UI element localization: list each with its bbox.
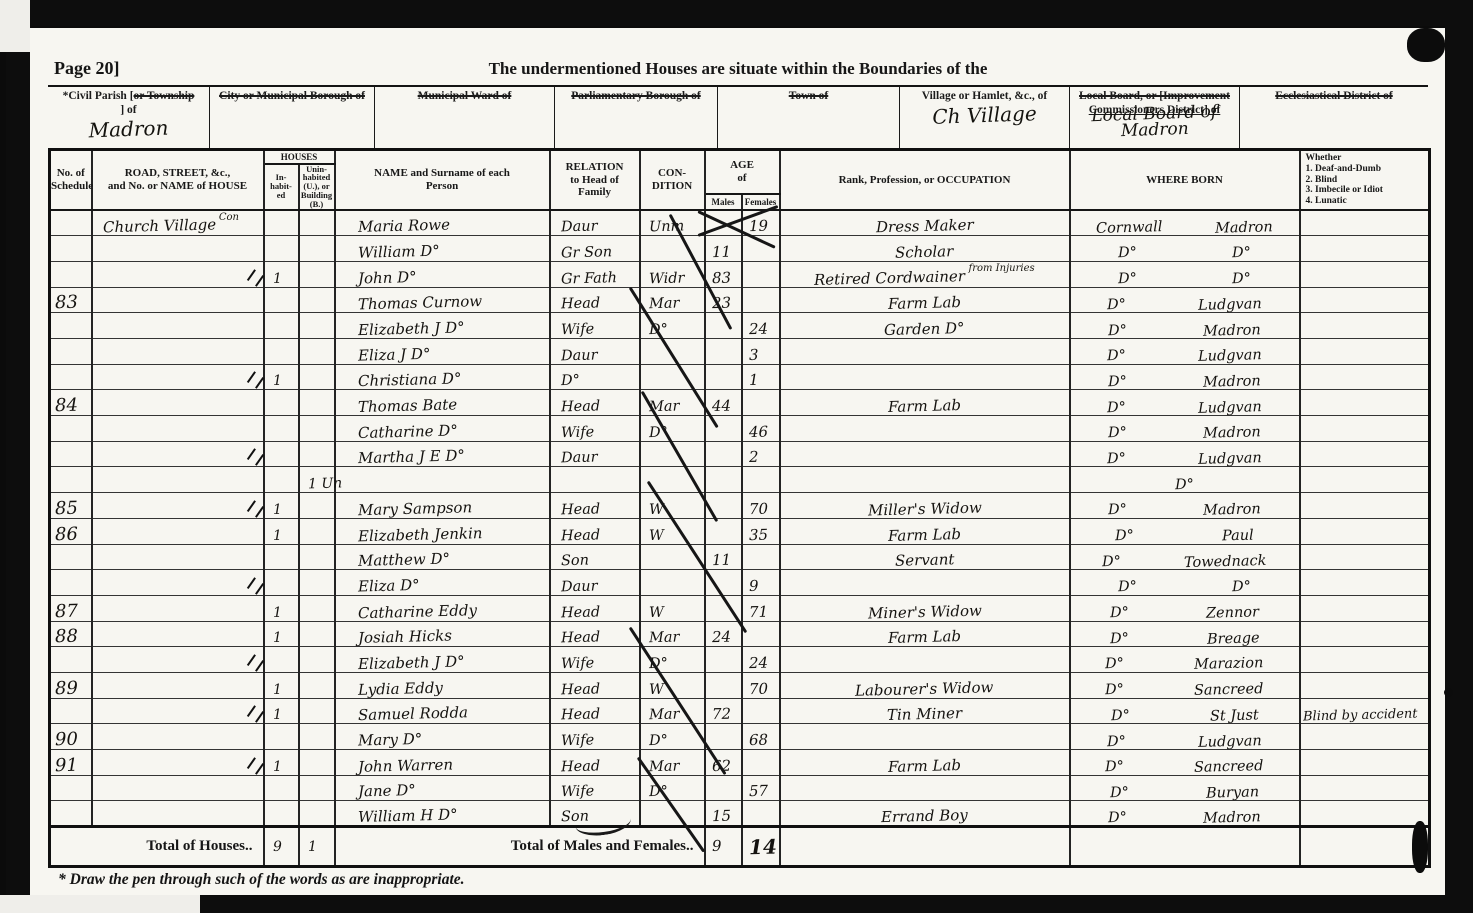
total-females: 14: [742, 834, 776, 859]
road-cell: [92, 287, 264, 313]
occupation: Farm Lab: [888, 527, 961, 544]
condition: W: [640, 528, 663, 543]
condition: Mar: [640, 708, 679, 724]
boundary-label: Town of: [718, 87, 899, 104]
name-cell: Mary D°: [335, 724, 550, 750]
schedule-cell: [50, 544, 92, 570]
disability-cell: [1300, 261, 1430, 287]
census-row: Martha J E D°Daur2D°Ludgvan: [50, 441, 1430, 467]
census-row: Eliza D°Daur9D°D°: [50, 570, 1430, 596]
inhabited-cell: 1: [264, 261, 299, 287]
household-tick-mark: [246, 706, 263, 724]
born-cell: D°Sancreed: [1070, 672, 1300, 698]
road-cell: [92, 390, 264, 416]
occupation: Tin Miner: [887, 706, 962, 723]
occupation-cell: [780, 441, 1070, 467]
col-header-inhabited: In- habit- ed: [264, 164, 299, 211]
relation: Head: [550, 631, 600, 647]
relation-cell: Head: [550, 698, 640, 724]
age-female-cell: 3: [742, 339, 780, 365]
born-parish: D°: [1232, 580, 1251, 595]
census-row: William H D°Son15Errand BoyD°Madron: [50, 801, 1430, 827]
occupation-cell: Farm Lab: [780, 287, 1070, 313]
schedule-number: 88: [51, 628, 78, 647]
inhabited-mark: 1: [264, 682, 281, 696]
relation: Head: [550, 502, 600, 518]
inhabited-cell: [264, 441, 299, 467]
age-female-cell: [742, 287, 780, 313]
born-wrap: D°D°: [1071, 580, 1299, 595]
name-cell: Matthew D°: [335, 544, 550, 570]
relation: D°: [550, 374, 579, 389]
born-parish: D°: [1232, 246, 1251, 261]
boundary-field-civil-parish: *Civil Parish [or Township] ofMadron: [48, 87, 210, 149]
uninhabited-cell: [299, 364, 335, 390]
total-males: 9: [705, 837, 721, 855]
uninhabited-cell: [299, 313, 335, 339]
born-cell: D°Paul: [1070, 518, 1300, 544]
born-wrap: D°Madron: [1071, 503, 1299, 518]
born-county: D°: [1175, 477, 1194, 492]
age-male: 83: [705, 270, 730, 286]
person-name: Eliza D°: [335, 578, 419, 595]
relation: Daur: [550, 451, 597, 467]
name-cell: Catharine Eddy: [335, 595, 550, 621]
age-female: 70: [742, 502, 767, 518]
census-row: 911John WarrenHeadMar62Farm LabD°Sancree…: [50, 750, 1430, 776]
road-cell: Church Village Con: [92, 210, 264, 236]
uninhabited-cell: 1 Un: [299, 467, 335, 493]
boundary-field-parliamentary-borough: Parliamentary Borough of: [555, 87, 718, 149]
born-wrap: D°Madron: [1071, 811, 1299, 826]
person-name: Thomas Bate: [335, 398, 457, 416]
age-male-cell: [705, 467, 742, 493]
person-name: Martha J E D°: [335, 449, 464, 467]
age-male: 72: [705, 707, 730, 723]
disability-cell: [1300, 390, 1430, 416]
relation-cell: Head: [550, 390, 640, 416]
condition: Widr: [640, 271, 684, 287]
born-wrap: D°Ludgvan: [1071, 735, 1299, 750]
born-county: D°: [1115, 529, 1134, 544]
relation-cell: Daur: [550, 339, 640, 365]
census-row: 1John D°Gr FathWidr83Retired Cordwainer …: [50, 261, 1430, 287]
person-name: Mary Sampson: [335, 500, 472, 519]
occupation-cell: Dress Maker: [780, 210, 1070, 236]
scan-edge-left: [6, 16, 31, 896]
uninhabited-cell: [299, 518, 335, 544]
condition-cell: D°: [640, 416, 705, 442]
scan-corner-patch: [0, 0, 30, 52]
inhabited-mark: 1: [264, 271, 281, 285]
inhabited-cell: 1: [264, 493, 299, 519]
born-cell: D°Ludgvan: [1070, 724, 1300, 750]
born-parish: Madron: [1203, 323, 1261, 339]
schedule-cell: 88: [50, 621, 92, 647]
disability-cell: [1300, 441, 1430, 467]
inhabited-cell: [264, 467, 299, 493]
born-wrap: CornwallMadron: [1071, 221, 1299, 236]
relation: Daur: [550, 579, 597, 595]
schedule-cell: 86: [50, 518, 92, 544]
uninhabited-cell: [299, 775, 335, 801]
condition-cell: D°: [640, 775, 705, 801]
uninhabited-cell: [299, 210, 335, 236]
occupation: Dress Maker: [875, 218, 973, 236]
relation-cell: Daur: [550, 210, 640, 236]
born-county: D°: [1105, 683, 1124, 698]
inhabited-cell: [264, 339, 299, 365]
born-county: D°: [1107, 298, 1126, 313]
relation: Head: [550, 759, 600, 775]
relation: Head: [550, 297, 600, 313]
col-header-relation: RELATION to Head of Family: [550, 150, 640, 211]
name-cell: Maria Rowe: [335, 210, 550, 236]
person-name: Mary D°: [335, 732, 422, 749]
name-cell: Thomas Curnow: [335, 287, 550, 313]
born-county: D°: [1108, 503, 1127, 518]
relation-cell: Head: [550, 621, 640, 647]
relation-cell: [550, 467, 640, 493]
born-wrap: D°Madron: [1071, 324, 1299, 339]
schedule-cell: [50, 467, 92, 493]
occupation-cell: [780, 416, 1070, 442]
age-female-cell: 1: [742, 364, 780, 390]
born-wrap: D°Zennor: [1071, 606, 1299, 621]
census-row: 871Catharine EddyHeadW71Miner's WidowD°Z…: [50, 595, 1430, 621]
schedule-number: 91: [51, 756, 78, 775]
born-parish: Ludgvan: [1198, 400, 1262, 416]
age-male-cell: [705, 647, 742, 673]
uninhabited-cell: [299, 261, 335, 287]
road-cell: [92, 339, 264, 365]
condition-cell: Mar: [640, 621, 705, 647]
relation-cell: Head: [550, 287, 640, 313]
condition: Mar: [640, 631, 679, 647]
disability-cell: [1300, 775, 1430, 801]
occupation: Servant: [895, 552, 955, 569]
occupation-cell: Garden D°: [780, 313, 1070, 339]
boundary-label: Ecclesiastical District of: [1240, 87, 1428, 104]
occupation-cell: [780, 467, 1070, 493]
disability-cell: [1300, 416, 1430, 442]
age-female-cell: [742, 621, 780, 647]
name-cell: Mary Sampson: [335, 493, 550, 519]
schedule-number: 86: [51, 525, 78, 544]
born-cell: D°D°: [1070, 570, 1300, 596]
born-cell: CornwallMadron: [1070, 210, 1300, 236]
inhabited-cell: 1: [264, 595, 299, 621]
census-row: 861Elizabeth JenkinHeadW35Farm LabD°Paul: [50, 518, 1430, 544]
born-cell: D°Madron: [1070, 493, 1300, 519]
name-cell: John D°: [335, 261, 550, 287]
schedule-number: 84: [51, 397, 78, 416]
schedule-cell: [50, 339, 92, 365]
occupation-cell: [780, 724, 1070, 750]
born-wrap: D°Madron: [1071, 426, 1299, 441]
born-cell: D°Madron: [1070, 416, 1300, 442]
person-name: Matthew D°: [335, 552, 449, 570]
age-female-cell: [742, 698, 780, 724]
age-male-cell: 44: [705, 390, 742, 416]
born-county: Cornwall: [1096, 220, 1163, 236]
inhabited-cell: 1: [264, 672, 299, 698]
boundary-value: Ch Village: [900, 102, 1070, 128]
condition: W: [640, 605, 663, 620]
born-parish: Marazion: [1194, 657, 1264, 673]
schedule-cell: [50, 210, 92, 236]
born-county: D°: [1108, 323, 1127, 338]
born-parish: Sancreed: [1194, 759, 1264, 775]
uninhabited-cell: [299, 801, 335, 827]
occupation-cell: Farm Lab: [780, 518, 1070, 544]
disability-cell: [1300, 364, 1430, 390]
col-header-age: AGE of: [705, 150, 780, 194]
inhabited-mark: 1: [264, 528, 281, 542]
disability-cell: [1300, 544, 1430, 570]
born-county: D°: [1118, 580, 1137, 595]
road-cell: [92, 621, 264, 647]
relation-cell: Gr Son: [550, 236, 640, 262]
relation: Head: [550, 605, 600, 621]
condition-cell: [640, 570, 705, 596]
born-wrap: D°Towednack: [1071, 555, 1299, 570]
census-row: Jane D°WifeD°57D°Buryan: [50, 775, 1430, 801]
occupation-cell: Errand Boy: [780, 801, 1070, 827]
relation: Daur: [550, 348, 597, 364]
inhabited-cell: [264, 313, 299, 339]
inhabited-cell: 1: [264, 364, 299, 390]
person-name: William D°: [335, 244, 439, 262]
born-cell: D°Madron: [1070, 364, 1300, 390]
disability-cell: [1300, 621, 1430, 647]
condition-cell: [640, 364, 705, 390]
schedule-number: 89: [51, 679, 78, 698]
boundary-label: Village or Hamlet, &c., of: [900, 87, 1069, 104]
born-county: D°: [1107, 734, 1126, 749]
age-female-cell: [742, 390, 780, 416]
age-male: 11: [705, 245, 730, 261]
uninhabited-cell: [299, 621, 335, 647]
born-county: D°: [1107, 452, 1126, 467]
boundary-field-town: Town of: [718, 87, 900, 149]
condition: W: [640, 503, 663, 518]
occupation-cell: [780, 570, 1070, 596]
relation-cell: Son: [550, 544, 640, 570]
inhabited-cell: 1: [264, 621, 299, 647]
boundary-field-local-board: Local Board, or [ImprovementCommissioner…: [1070, 87, 1240, 149]
schedule-cell: [50, 775, 92, 801]
occupation: Farm Lab: [888, 398, 961, 415]
boundary-field-ecclesiastical-district: Ecclesiastical District of: [1240, 87, 1428, 149]
uninhabited-cell: [299, 416, 335, 442]
disability-cell: [1300, 287, 1430, 313]
relation-cell: D°: [550, 364, 640, 390]
born-cell: D°Ludgvan: [1070, 441, 1300, 467]
schedule-cell: 83: [50, 287, 92, 313]
occupation: Farm Lab: [888, 629, 961, 646]
age-female-cell: 70: [742, 493, 780, 519]
age-female: 1: [742, 373, 758, 388]
born-parish: Ludgvan: [1198, 451, 1262, 467]
born-county: D°: [1108, 375, 1127, 390]
census-row: Elizabeth J D°WifeD°24Garden D°D°Madron: [50, 313, 1430, 339]
occupation: Farm Lab: [888, 295, 961, 312]
road-cell: [92, 724, 264, 750]
census-row: 84Thomas BateHeadMar44Farm LabD°Ludgvan: [50, 390, 1430, 416]
name-cell: William H D°: [335, 801, 550, 827]
born-parish: Madron: [1203, 810, 1261, 826]
footnote: * Draw the pen through such of the words…: [58, 871, 465, 889]
boundary-field-village-hamlet: Village or Hamlet, &c., ofCh Village: [900, 87, 1070, 149]
inhabited-cell: [264, 390, 299, 416]
relation: Head: [550, 682, 600, 698]
age-female: 68: [742, 733, 767, 749]
born-wrap: D°Ludgvan: [1071, 401, 1299, 416]
name-cell: Thomas Bate: [335, 390, 550, 416]
born-wrap: D°: [1071, 478, 1299, 493]
born-parish: St Just: [1209, 708, 1258, 724]
age-female-cell: 24: [742, 313, 780, 339]
born-cell: D°Ludgvan: [1070, 390, 1300, 416]
inhabited-mark: 1: [264, 503, 281, 517]
condition: W: [640, 682, 663, 697]
inhabited-cell: [264, 724, 299, 750]
born-parish: D°: [1232, 272, 1251, 287]
name-cell: Elizabeth Jenkin: [335, 518, 550, 544]
occupation-cell: Scholar: [780, 236, 1070, 262]
age-female: 3: [742, 348, 758, 363]
page-heading: The undermentioned Houses are situate wi…: [48, 59, 1428, 79]
relation: Head: [550, 528, 600, 544]
occupation-cell: Tin Miner: [780, 698, 1070, 724]
person-name: William H D°: [335, 808, 457, 826]
relation: Wife: [550, 322, 594, 338]
born-county: D°: [1107, 349, 1126, 364]
born-cell: D°Ludgvan: [1070, 339, 1300, 365]
disability-cell: [1300, 570, 1430, 596]
schedule-number: 90: [51, 731, 78, 750]
disability-cell: [1300, 210, 1430, 236]
age-male-cell: 83: [705, 261, 742, 287]
relation: Gr Son: [550, 245, 611, 261]
name-cell: Josiah Hicks: [335, 621, 550, 647]
relation-cell: Head: [550, 518, 640, 544]
inhabited-cell: [264, 236, 299, 262]
condition-cell: W: [640, 493, 705, 519]
disability-cell: [1300, 467, 1430, 493]
occupation: Labourer's Widow: [855, 680, 994, 699]
ink-blot: [1407, 28, 1445, 62]
born-parish: Breage: [1207, 631, 1260, 647]
born-county: D°: [1108, 810, 1127, 825]
age-male-cell: 11: [705, 544, 742, 570]
age-male-cell: [705, 518, 742, 544]
census-row: 851Mary SampsonHeadW70Miller's WidowD°Ma…: [50, 493, 1430, 519]
schedule-cell: 91: [50, 750, 92, 776]
age-female: 9: [742, 579, 758, 594]
schedule-cell: [50, 698, 92, 724]
road-cell: [92, 467, 264, 493]
uninhabited-cell: [299, 595, 335, 621]
household-tick-mark: [246, 500, 263, 518]
age-female: 46: [742, 424, 767, 440]
uninhabited-cell: [299, 236, 335, 262]
born-county: D°: [1109, 606, 1128, 621]
col-header-occupation: Rank, Profession, or OCCUPATION: [780, 150, 1070, 211]
schedule-cell: [50, 261, 92, 287]
born-cell: D°D°: [1070, 236, 1300, 262]
name-cell: Eliza J D°: [335, 339, 550, 365]
table-body: Church Village ConMaria RoweDaurUnm19Dre…: [50, 210, 1430, 827]
schedule-cell: 89: [50, 672, 92, 698]
born-county: D°: [1109, 786, 1128, 801]
person-name: Josiah Hicks: [335, 629, 451, 647]
age-male-cell: 24: [705, 621, 742, 647]
uninhabited-cell: [299, 287, 335, 313]
inhabited-cell: 1: [264, 698, 299, 724]
born-cell: D°Towednack: [1070, 544, 1300, 570]
scan-corner-patch: [0, 895, 200, 913]
occupation: Miner's Widow: [867, 603, 981, 621]
household-tick-mark: [246, 577, 263, 595]
person-name: Maria Rowe: [335, 218, 449, 236]
born-county: D°: [1118, 272, 1137, 287]
born-parish: Ludgvan: [1198, 348, 1262, 364]
born-parish: Buryan: [1206, 785, 1259, 801]
person-name: Elizabeth J D°: [335, 320, 464, 338]
road-cell: [92, 801, 264, 827]
schedule-cell: [50, 416, 92, 442]
relation-cell: Head: [550, 493, 640, 519]
household-tick-mark: [246, 372, 263, 390]
schedule-cell: [50, 801, 92, 827]
inhabited-mark: 1: [264, 708, 281, 722]
name-cell: Samuel Rodda: [335, 698, 550, 724]
condition: D°: [640, 734, 667, 749]
age-male-cell: 11: [705, 236, 742, 262]
boundary-label: Parliamentary Borough of: [555, 87, 717, 104]
relation-cell: Wife: [550, 775, 640, 801]
scan-edge-bottom: [200, 896, 1473, 913]
schedule-cell: [50, 364, 92, 390]
household-tick-mark: [246, 757, 263, 775]
person-name: Lydia Eddy: [335, 680, 442, 698]
schedule-cell: 85: [50, 493, 92, 519]
boundary-field-municipal-ward: Municipal Ward of: [375, 87, 555, 149]
relation: Wife: [550, 656, 594, 672]
occupation: Farm Lab: [888, 758, 961, 775]
born-cell: D°Buryan: [1070, 775, 1300, 801]
boundary-value: Madron: [48, 116, 210, 142]
schedule-cell: [50, 236, 92, 262]
born-county: D°: [1118, 246, 1137, 261]
age-female: 35: [742, 527, 767, 543]
census-row: 1 UnD°: [50, 467, 1430, 493]
occupation: Garden D°: [884, 321, 965, 338]
age-male-cell: [705, 339, 742, 365]
person-name: Thomas Curnow: [335, 294, 482, 313]
born-cell: D°: [1070, 467, 1300, 493]
inhabited-cell: [264, 775, 299, 801]
condition-cell: Mar: [640, 287, 705, 313]
occupation: Scholar: [895, 244, 954, 261]
col-header-condition: CON- DITION: [640, 150, 705, 211]
uninhabited-cell: [299, 570, 335, 596]
age-male-cell: [705, 364, 742, 390]
census-row: Eliza J D°Daur3D°Ludgvan: [50, 339, 1430, 365]
age-male-cell: [705, 775, 742, 801]
